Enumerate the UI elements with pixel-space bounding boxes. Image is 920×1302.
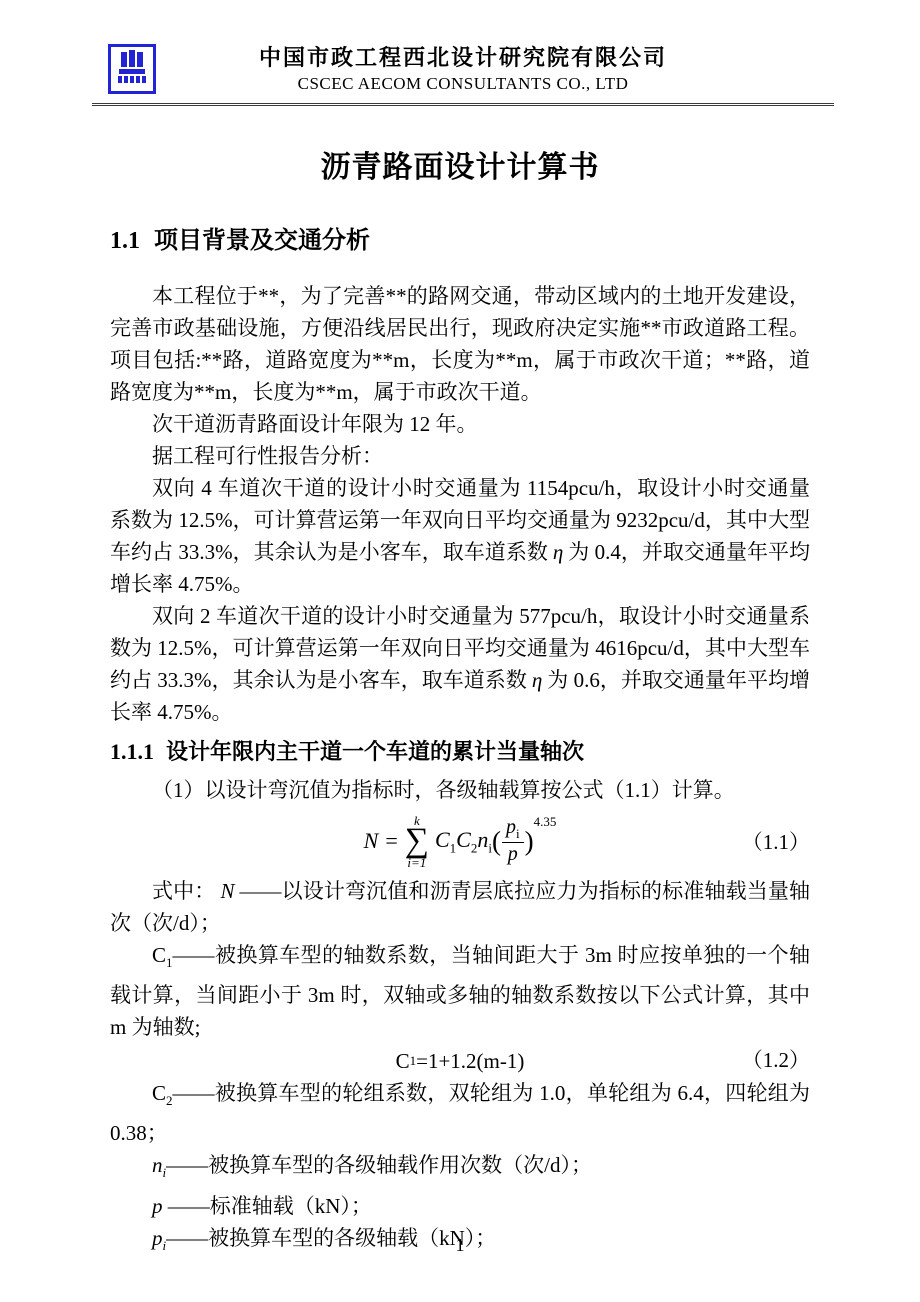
definition-text: ——被换算车型的轴数系数，当轴间距大于 3m 时应按单独的一个轴载计算，当间距小… [110,943,810,1039]
fraction-numerator: pi [502,816,524,842]
section-number: 1.1 [110,228,140,254]
company-logo-icon [108,44,156,94]
paragraph-project-background: 本工程位于**，为了完善**的路网交通，带动区域内的土地开发建设，完善市政基础设… [110,280,810,408]
math-C2-base: C [456,827,471,852]
definition-text: ——标准轴载（kN）； [163,1194,372,1218]
math-n-base: n [152,1153,163,1177]
definition-C1: C1——被换算车型的轴数系数，当轴间距大于 3m 时应按单独的一个轴载计算，当间… [110,939,810,1043]
paragraph-4-lane-traffic: 双向 4 车道次干道的设计小时交通量为 1154pcu/h，取设计小时交通量系数… [110,472,810,600]
math-C1-base: C [396,1045,410,1077]
equation-1-2-body: C1=1+1.2(m-1) [396,1045,525,1077]
math-N: N [364,828,379,854]
equation-number-1-1: （1.1） [742,826,810,856]
eta-symbol: η [553,540,563,564]
page-number: 1 [0,1235,920,1256]
company-name-en: CSCEC AECOM CONSULTANTS CO., LTD [92,73,834,95]
section-title-text: 项目背景及交通分析 [154,227,370,254]
paragraph-2-lane-traffic: 双向 2 车道次干道的设计小时交通量为 577pcu/h，取设计小时交通量系数为… [110,600,810,728]
exponent: 4.35 [534,814,557,830]
math-p: p [508,843,518,865]
equation-rhs: =1+1.2(m-1) [416,1045,524,1077]
eta-symbol: η [532,668,542,692]
math-pi-base: p [506,816,516,838]
definition-text: ——被换算车型的轮组系数，双轮组为 1.0，单轮组为 6.4，四轮组为 0.38… [110,1081,810,1145]
math-p: p [152,1194,163,1218]
definition-text: ——被换算车型的各级轴载作用次数（次/d）； [166,1153,592,1177]
document-title: 沥青路面设计计算书 [0,150,920,186]
section-heading-1-1: 1.1项目背景及交通分析 [110,226,810,256]
close-paren: ) [525,826,534,857]
math-C2-base: C [152,1081,166,1105]
math-C1-base: C [152,943,166,967]
letterhead-text: 中国市政工程西北设计研究院有限公司 CSCEC AECOM CONSULTANT… [92,42,834,95]
paragraph-design-life: 次干道沥青路面设计年限为 12 年。 [110,408,810,440]
math-N: N [220,879,234,903]
math-n-base: n [477,827,488,852]
definition-p: p ——标准轴载（kN）； [110,1190,810,1222]
summation-symbol: k ∑ i=1 [405,814,429,869]
document-body: 1.1项目背景及交通分析 本工程位于**，为了完善**的路网交通，带动区域内的土… [110,226,810,1262]
fraction-denominator: p [502,842,524,866]
sigma-icon: ∑ [405,827,429,856]
fraction-pi-over-p: pi p [502,816,524,866]
paragraph-formula-intro: （1）以设计弯沉值为指标时，各级轴载算按公式（1.1）计算。 [110,774,810,806]
paragraph-feasibility: 据工程可行性报告分析： [110,440,810,472]
math-pi-sub: i [516,826,520,841]
open-paren: ( [492,826,501,857]
coefficient-terms: C1C2ni [435,827,492,856]
equation-1-2: C1=1+1.2(m-1) （1.2） [110,1043,810,1077]
equation-1-1-body: N = k ∑ i=1 C1C2ni ( pi p ) 4.35 [364,814,557,869]
equation-number-1-2: （1.2） [742,1044,810,1076]
company-name-zh: 中国市政工程西北设计研究院有限公司 [92,44,834,72]
definition-C2: C2——被换算车型的轮组系数，双轮组为 1.0，单轮组为 6.4，四轮组为 0.… [110,1077,810,1149]
math-C1-base: C [435,827,450,852]
subsection-title-text: 设计年限内主干道一个车道的累计当量轴次 [166,739,584,764]
section-heading-1-1-1: 1.1.1设计年限内主干道一个车道的累计当量轴次 [110,732,810,772]
equals-sign: = [385,828,397,854]
subsection-number: 1.1.1 [110,739,154,764]
where-prefix: 式中： [152,879,215,903]
definition-ni: ni——被换算车型的各级轴载作用次数（次/d）； [110,1149,810,1189]
equation-1-1: N = k ∑ i=1 C1C2ni ( pi p ) 4.35 （1.1） [110,814,810,869]
letterhead: 中国市政工程西北设计研究院有限公司 CSCEC AECOM CONSULTANT… [92,42,834,106]
document-page: 中国市政工程西北设计研究院有限公司 CSCEC AECOM CONSULTANT… [0,0,920,1302]
sum-lower-limit: i=1 [407,856,426,869]
where-clause: 式中：N——以设计弯沉值和沥青层底拉应力为指标的标准轴载当量轴次（次/d）； [110,875,810,939]
